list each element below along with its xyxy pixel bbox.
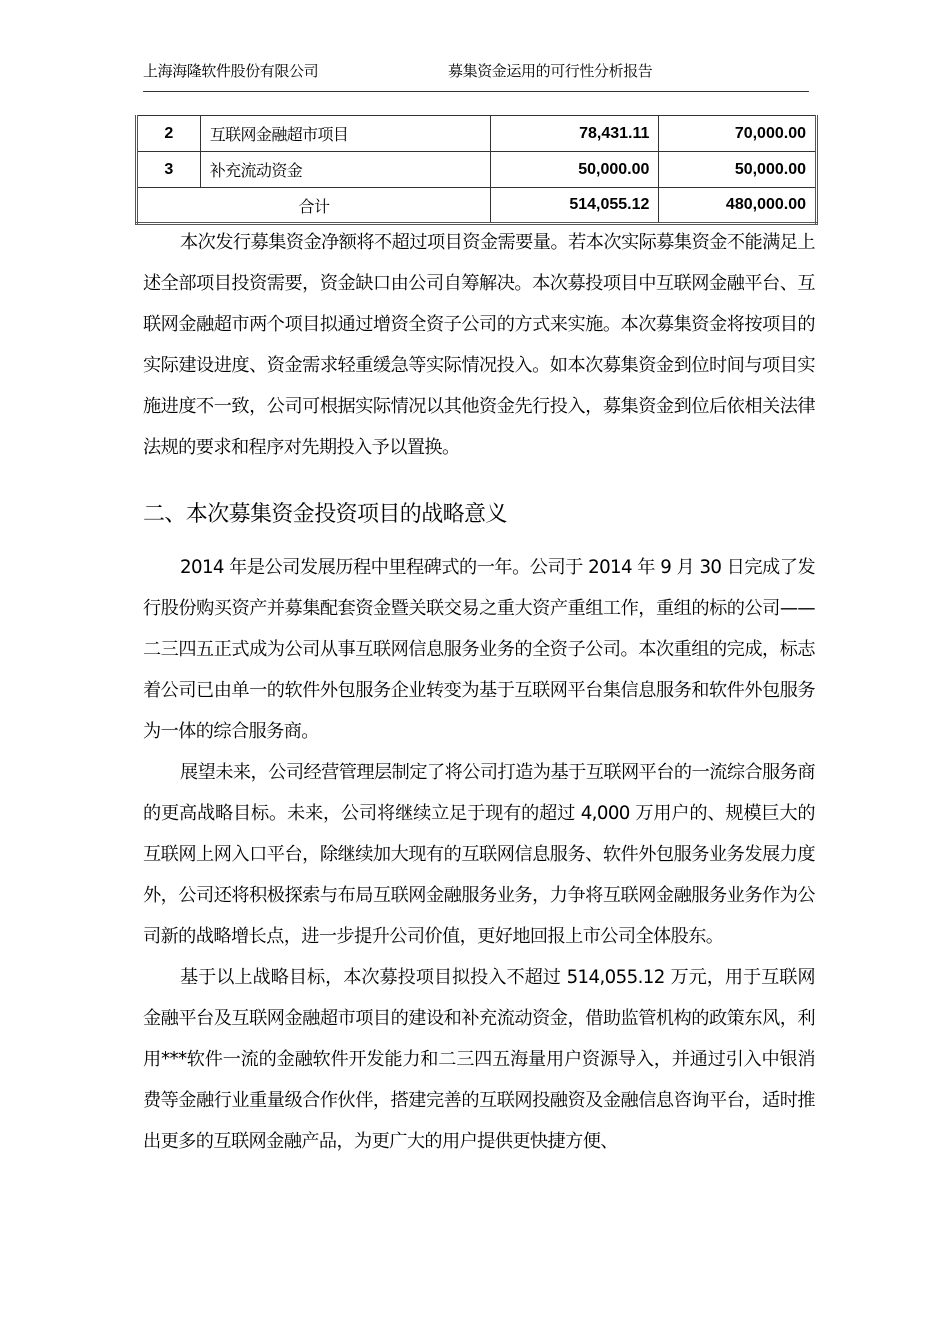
raised-funds: 70,000.00 (659, 116, 817, 152)
section-heading-strategic-significance: 二、本次募集资金投资项目的战略意义 (143, 497, 507, 528)
row-number: 3 (137, 152, 201, 188)
table-total-row: 合计 514,055.12 480,000.00 (137, 188, 817, 224)
funding-note-section: 本次发行募集资金净额将不超过项目资金需要量。若本次实际募集资金不能满足上述全部项… (143, 222, 815, 468)
table-row: 3 补充流动资金 50,000.00 50,000.00 (137, 152, 817, 188)
strategic-significance-section: 2014 年是公司发展历程中里程碑式的一年。公司于 2014 年 9 月 30 … (143, 547, 815, 1162)
project-name: 补充流动资金 (200, 152, 490, 188)
row-number: 2 (137, 116, 201, 152)
fund-allocation-table: 2 互联网金融超市项目 78,431.11 70,000.00 3 补充流动资金… (135, 115, 818, 225)
total-investment: 78,431.11 (490, 116, 659, 152)
paragraph-investment-plan: 基于以上战略目标，本次募投项目拟投入不超过 514,055.12 万元，用于互联… (143, 957, 815, 1162)
header-company-name: 上海海隆软件股份有限公司 (143, 60, 318, 81)
total-investment-sum: 514,055.12 (490, 188, 659, 224)
total-label: 合计 (137, 188, 491, 224)
total-investment: 50,000.00 (490, 152, 659, 188)
page-header: 上海海隆软件股份有限公司 募集资金运用的可行性分析报告 (143, 57, 809, 92)
paragraph-funding-note: 本次发行募集资金净额将不超过项目资金需要量。若本次实际募集资金不能满足上述全部项… (143, 222, 815, 468)
raised-funds: 50,000.00 (659, 152, 817, 188)
header-report-title: 募集资金运用的可行性分析报告 (448, 60, 652, 81)
paragraph-2014-milestone: 2014 年是公司发展历程中里程碑式的一年。公司于 2014 年 9 月 30 … (143, 547, 815, 752)
raised-funds-sum: 480,000.00 (659, 188, 817, 224)
paragraph-future-outlook: 展望未来，公司经营管理层制定了将公司打造为基于互联网平台的一流综合服务商的更高战… (143, 752, 815, 957)
table-row: 2 互联网金融超市项目 78,431.11 70,000.00 (137, 116, 817, 152)
project-name: 互联网金融超市项目 (200, 116, 490, 152)
